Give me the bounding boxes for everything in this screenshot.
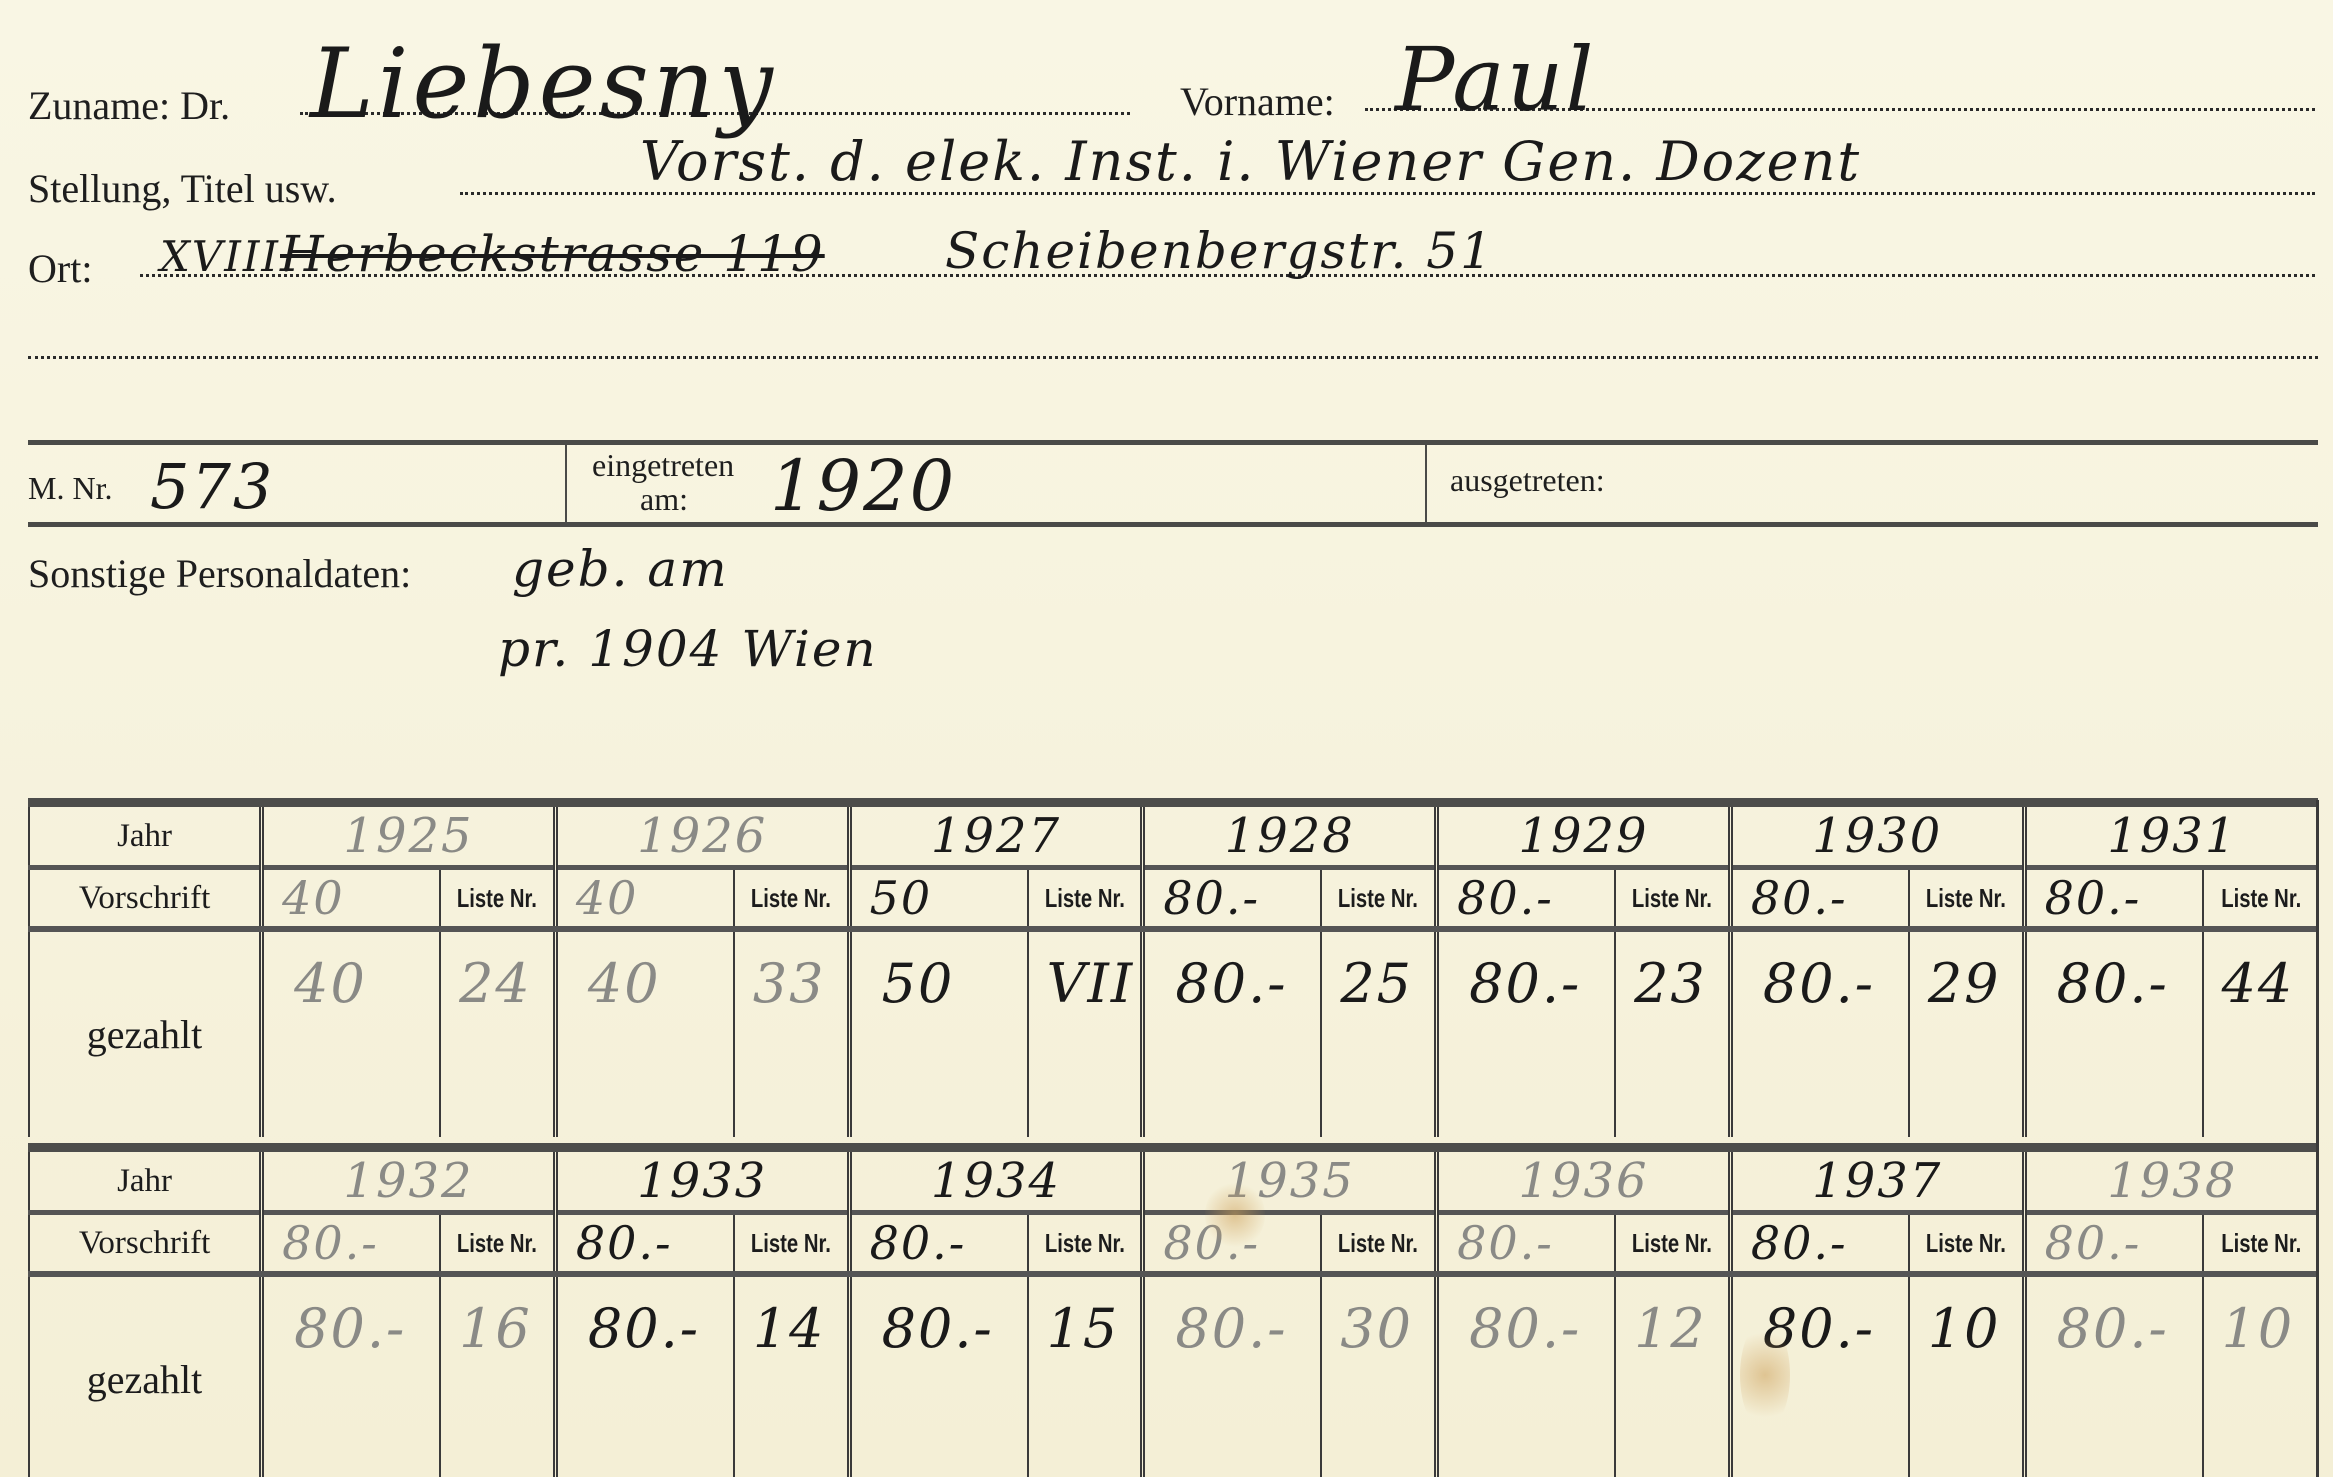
- payment-table: Jahr1932193319341935193619371938Vorschri…: [28, 1152, 2318, 1477]
- liste-label-cell: Liste Nr.: [734, 868, 849, 930]
- vorschrift-value: 80.-: [558, 1216, 673, 1270]
- gezahlt-value: 40: [264, 932, 439, 1015]
- zuname-label: Zuname: Dr.: [28, 82, 230, 129]
- ort-district: XVIII.: [160, 232, 295, 281]
- liste-nr-value: 15: [1029, 1277, 1141, 1360]
- gezahlt-value: 80.-: [264, 1277, 439, 1360]
- liste-label-cell: Liste Nr.: [1321, 1213, 1436, 1275]
- liste-nr-cell: 23: [1615, 929, 1730, 1137]
- gezahlt-value: 80.-: [1145, 1277, 1320, 1360]
- year-cell: 1930: [1730, 807, 2024, 868]
- liste-label-cell: Liste Nr.: [1615, 1213, 1730, 1275]
- vorschrift-value: 80.-: [2027, 1216, 2142, 1270]
- liste-nr-value: 30: [1322, 1277, 1434, 1360]
- vorschrift-value: 80.-: [264, 1216, 379, 1270]
- liste-nr-value: 25: [1322, 932, 1434, 1015]
- gezahlt-value: 80.-: [1145, 932, 1320, 1015]
- year-value: 1937: [1733, 1153, 2022, 1209]
- liste-label-cell: Liste Nr.: [1321, 868, 1436, 930]
- gezahlt-value: 80.-: [1439, 932, 1614, 1015]
- year-cell: 1928: [1143, 807, 1437, 868]
- year-cell: 1935: [1143, 1152, 1437, 1213]
- ort-label: Ort:: [28, 245, 92, 292]
- ort-struck-value: Herbeckstrasse 119: [280, 225, 825, 283]
- liste-label: Liste Nr.: [1335, 1228, 1422, 1259]
- liste-label-cell: Liste Nr.: [440, 1213, 555, 1275]
- gezahlt-value: 50: [852, 932, 1027, 1015]
- sonstige-label: Sonstige Personaldaten:: [28, 550, 411, 597]
- gezahlt-value: 80.-: [2027, 1277, 2202, 1360]
- row-label-vorschrift: Vorschrift: [29, 1213, 262, 1275]
- liste-nr-value: 10: [1910, 1277, 2022, 1360]
- year-value: 1928: [1145, 808, 1434, 864]
- year-value: 1935: [1145, 1153, 1434, 1209]
- vorschrift-value: 80.-: [1145, 871, 1260, 925]
- vorschrift-value: 80.-: [2027, 871, 2142, 925]
- gezahlt-cell: 40: [262, 929, 440, 1137]
- vorschrift-cell: 40: [555, 868, 733, 930]
- liste-label-cell: Liste Nr.: [1909, 1213, 2024, 1275]
- divider-1: [565, 443, 567, 525]
- gezahlt-value: 80.-: [558, 1277, 733, 1360]
- year-cell: 1937: [1730, 1152, 2024, 1213]
- vorschrift-value: 40: [558, 871, 639, 925]
- gezahlt-cell: 50: [849, 929, 1027, 1137]
- stellung-label: Stellung, Titel usw.: [28, 165, 337, 212]
- sonstige-line2: pr. 1904 Wien: [498, 620, 878, 678]
- liste-label-cell: Liste Nr.: [2203, 1213, 2318, 1275]
- liste-label-cell: Liste Nr.: [1028, 1213, 1143, 1275]
- liste-nr-cell: 25: [1321, 929, 1436, 1137]
- liste-nr-value: 14: [735, 1277, 847, 1360]
- payment-block-1: Jahr1925192619271928192919301931Vorschri…: [28, 807, 2318, 1137]
- vorschrift-value: 50: [852, 871, 933, 925]
- vorschrift-cell: 80.-: [1730, 868, 1908, 930]
- liste-nr-value: VII: [1029, 932, 1141, 1015]
- liste-nr-cell: 33: [734, 929, 849, 1137]
- liste-label: Liste Nr.: [1922, 883, 2009, 914]
- year-value: 1929: [1439, 808, 1728, 864]
- vorschrift-value: 80.-: [1733, 1216, 1848, 1270]
- vorname-value: Paul: [1395, 28, 1596, 131]
- liste-label-cell: Liste Nr.: [2203, 868, 2318, 930]
- vorschrift-cell: 50: [849, 868, 1027, 930]
- liste-nr-value: 10: [2204, 1277, 2318, 1360]
- eingetreten-label-line2: am:: [592, 481, 688, 517]
- rule-top: [28, 440, 2318, 445]
- vorschrift-value: 80.-: [1733, 871, 1848, 925]
- year-cell: 1929: [1437, 807, 1731, 868]
- row-label-gezahlt: gezahlt: [29, 1274, 262, 1477]
- gezahlt-cell: 80.-: [1437, 929, 1615, 1137]
- vorschrift-cell: 80.-: [1437, 1213, 1615, 1275]
- liste-nr-value: 29: [1910, 932, 2022, 1015]
- vorschrift-value: 40: [264, 871, 345, 925]
- table-mid-rule: [28, 1143, 2318, 1152]
- m-nr-label: M. Nr.: [28, 470, 112, 507]
- row-label-jahr: Jahr: [29, 1152, 262, 1213]
- year-value: 1925: [264, 808, 553, 864]
- year-value: 1934: [852, 1153, 1141, 1209]
- liste-nr-cell: 12: [1615, 1274, 1730, 1477]
- liste-nr-value: 44: [2204, 932, 2318, 1015]
- liste-label-cell: Liste Nr.: [1615, 868, 1730, 930]
- payment-table: Jahr1925192619271928192919301931Vorschri…: [28, 807, 2318, 1137]
- gezahlt-cell: 80.-: [1437, 1274, 1615, 1477]
- liste-label-cell: Liste Nr.: [1028, 868, 1143, 930]
- vorschrift-cell: 80.-: [849, 1213, 1027, 1275]
- liste-label: Liste Nr.: [747, 1228, 834, 1259]
- vorschrift-cell: 80.-: [2024, 1213, 2202, 1275]
- vorname-label: Vorname:: [1180, 78, 1335, 125]
- liste-label: Liste Nr.: [747, 883, 834, 914]
- year-value: 1927: [852, 808, 1141, 864]
- gezahlt-value: 40: [558, 932, 733, 1015]
- liste-label-cell: Liste Nr.: [1909, 868, 2024, 930]
- year-value: 1938: [2027, 1153, 2318, 1209]
- gezahlt-value: 80.-: [1439, 1277, 1614, 1360]
- liste-label-cell: Liste Nr.: [440, 868, 555, 930]
- eingetreten-label-line1: eingetreten: [592, 447, 734, 483]
- liste-label: Liste Nr.: [453, 1228, 540, 1259]
- gezahlt-cell: 80.-: [1730, 929, 1908, 1137]
- ausgetreten-label: ausgetreten:: [1450, 462, 1605, 499]
- vorschrift-cell: 80.-: [1143, 868, 1321, 930]
- vorschrift-cell: 80.-: [2024, 868, 2202, 930]
- year-value: 1931: [2027, 808, 2318, 864]
- liste-label: Liste Nr.: [1628, 1228, 1715, 1259]
- liste-label: Liste Nr.: [1628, 883, 1715, 914]
- liste-label: Liste Nr.: [2216, 1228, 2305, 1259]
- vorschrift-cell: 80.-: [1437, 868, 1615, 930]
- sonstige-line1: geb. am: [512, 540, 729, 598]
- liste-nr-cell: 10: [2203, 1274, 2318, 1477]
- vorschrift-value: 80.-: [1439, 871, 1554, 925]
- year-value: 1930: [1733, 808, 2022, 864]
- liste-label: Liste Nr.: [1041, 883, 1128, 914]
- paper-stain: [1205, 1180, 1265, 1250]
- year-cell: 1933: [555, 1152, 849, 1213]
- year-cell: 1931: [2024, 807, 2318, 868]
- blank-line: [28, 356, 2318, 359]
- eingetreten-label: eingetreten am:: [592, 448, 734, 516]
- vorschrift-value: 80.-: [1439, 1216, 1554, 1270]
- gezahlt-cell: 80.-: [1143, 1274, 1321, 1477]
- liste-label: Liste Nr.: [1335, 883, 1422, 914]
- gezahlt-value: 80.-: [852, 1277, 1027, 1360]
- rule-bottom: [28, 522, 2318, 527]
- vorschrift-cell: 80.-: [555, 1213, 733, 1275]
- liste-nr-cell: 44: [2203, 929, 2318, 1137]
- payment-block-2: Jahr1932193319341935193619371938Vorschri…: [28, 1152, 2318, 1477]
- eingetreten-value: 1920: [770, 445, 956, 527]
- liste-label: Liste Nr.: [453, 883, 540, 914]
- year-cell: 1936: [1437, 1152, 1731, 1213]
- liste-nr-cell: 30: [1321, 1274, 1436, 1477]
- liste-label: Liste Nr.: [1922, 1228, 2009, 1259]
- gezahlt-cell: 80.-: [1143, 929, 1321, 1137]
- vorschrift-value: 80.-: [852, 1216, 967, 1270]
- liste-nr-value: 33: [735, 932, 847, 1015]
- row-label-gezahlt: gezahlt: [29, 929, 262, 1137]
- gezahlt-cell: 80.-: [2024, 1274, 2202, 1477]
- paper-stain: [1740, 1320, 1790, 1430]
- liste-nr-cell: 29: [1909, 929, 2024, 1137]
- liste-nr-cell: VII: [1028, 929, 1143, 1137]
- gezahlt-value: 80.-: [2027, 932, 2202, 1015]
- liste-nr-cell: 16: [440, 1274, 555, 1477]
- year-cell: 1927: [849, 807, 1143, 868]
- stellung-value: Vorst. d. elek. Inst. i. Wiener Gen. Doz…: [640, 130, 1861, 193]
- year-value: 1932: [264, 1153, 553, 1209]
- liste-nr-value: 24: [441, 932, 553, 1015]
- gezahlt-cell: 80.-: [555, 1274, 733, 1477]
- year-cell: 1926: [555, 807, 849, 868]
- row-label-vorschrift: Vorschrift: [29, 868, 262, 930]
- year-value: 1933: [558, 1153, 847, 1209]
- year-value: 1936: [1439, 1153, 1728, 1209]
- gezahlt-value: 80.-: [1733, 932, 1908, 1015]
- liste-nr-cell: 15: [1028, 1274, 1143, 1477]
- liste-nr-cell: 24: [440, 929, 555, 1137]
- year-cell: 1938: [2024, 1152, 2318, 1213]
- gezahlt-cell: 80.-: [2024, 929, 2202, 1137]
- year-value: 1926: [558, 808, 847, 864]
- ort-value: Scheibenbergstr. 51: [945, 222, 1494, 280]
- gezahlt-cell: 80.-: [849, 1274, 1027, 1477]
- divider-2: [1425, 443, 1427, 525]
- vorschrift-cell: 40: [262, 868, 440, 930]
- liste-nr-value: 23: [1616, 932, 1728, 1015]
- table-top-rule: [28, 798, 2318, 807]
- liste-label-cell: Liste Nr.: [734, 1213, 849, 1275]
- gezahlt-cell: 40: [555, 929, 733, 1137]
- zuname-value: Liebesny: [310, 28, 777, 140]
- vorschrift-cell: 80.-: [262, 1213, 440, 1275]
- year-cell: 1934: [849, 1152, 1143, 1213]
- membership-card: Zuname: Dr. Liebesny Vorname: Paul Stell…: [0, 0, 2333, 1477]
- m-nr-value: 573: [150, 450, 274, 523]
- year-cell: 1925: [262, 807, 556, 868]
- liste-label: Liste Nr.: [1041, 1228, 1128, 1259]
- gezahlt-cell: 80.-: [262, 1274, 440, 1477]
- liste-nr-value: 12: [1616, 1277, 1728, 1360]
- liste-nr-cell: 14: [734, 1274, 849, 1477]
- year-cell: 1932: [262, 1152, 556, 1213]
- liste-nr-cell: 10: [1909, 1274, 2024, 1477]
- liste-label: Liste Nr.: [2216, 883, 2305, 914]
- liste-nr-value: 16: [441, 1277, 553, 1360]
- row-label-jahr: Jahr: [29, 807, 262, 868]
- table-right-edge: [2316, 800, 2319, 1477]
- vorschrift-cell: 80.-: [1730, 1213, 1908, 1275]
